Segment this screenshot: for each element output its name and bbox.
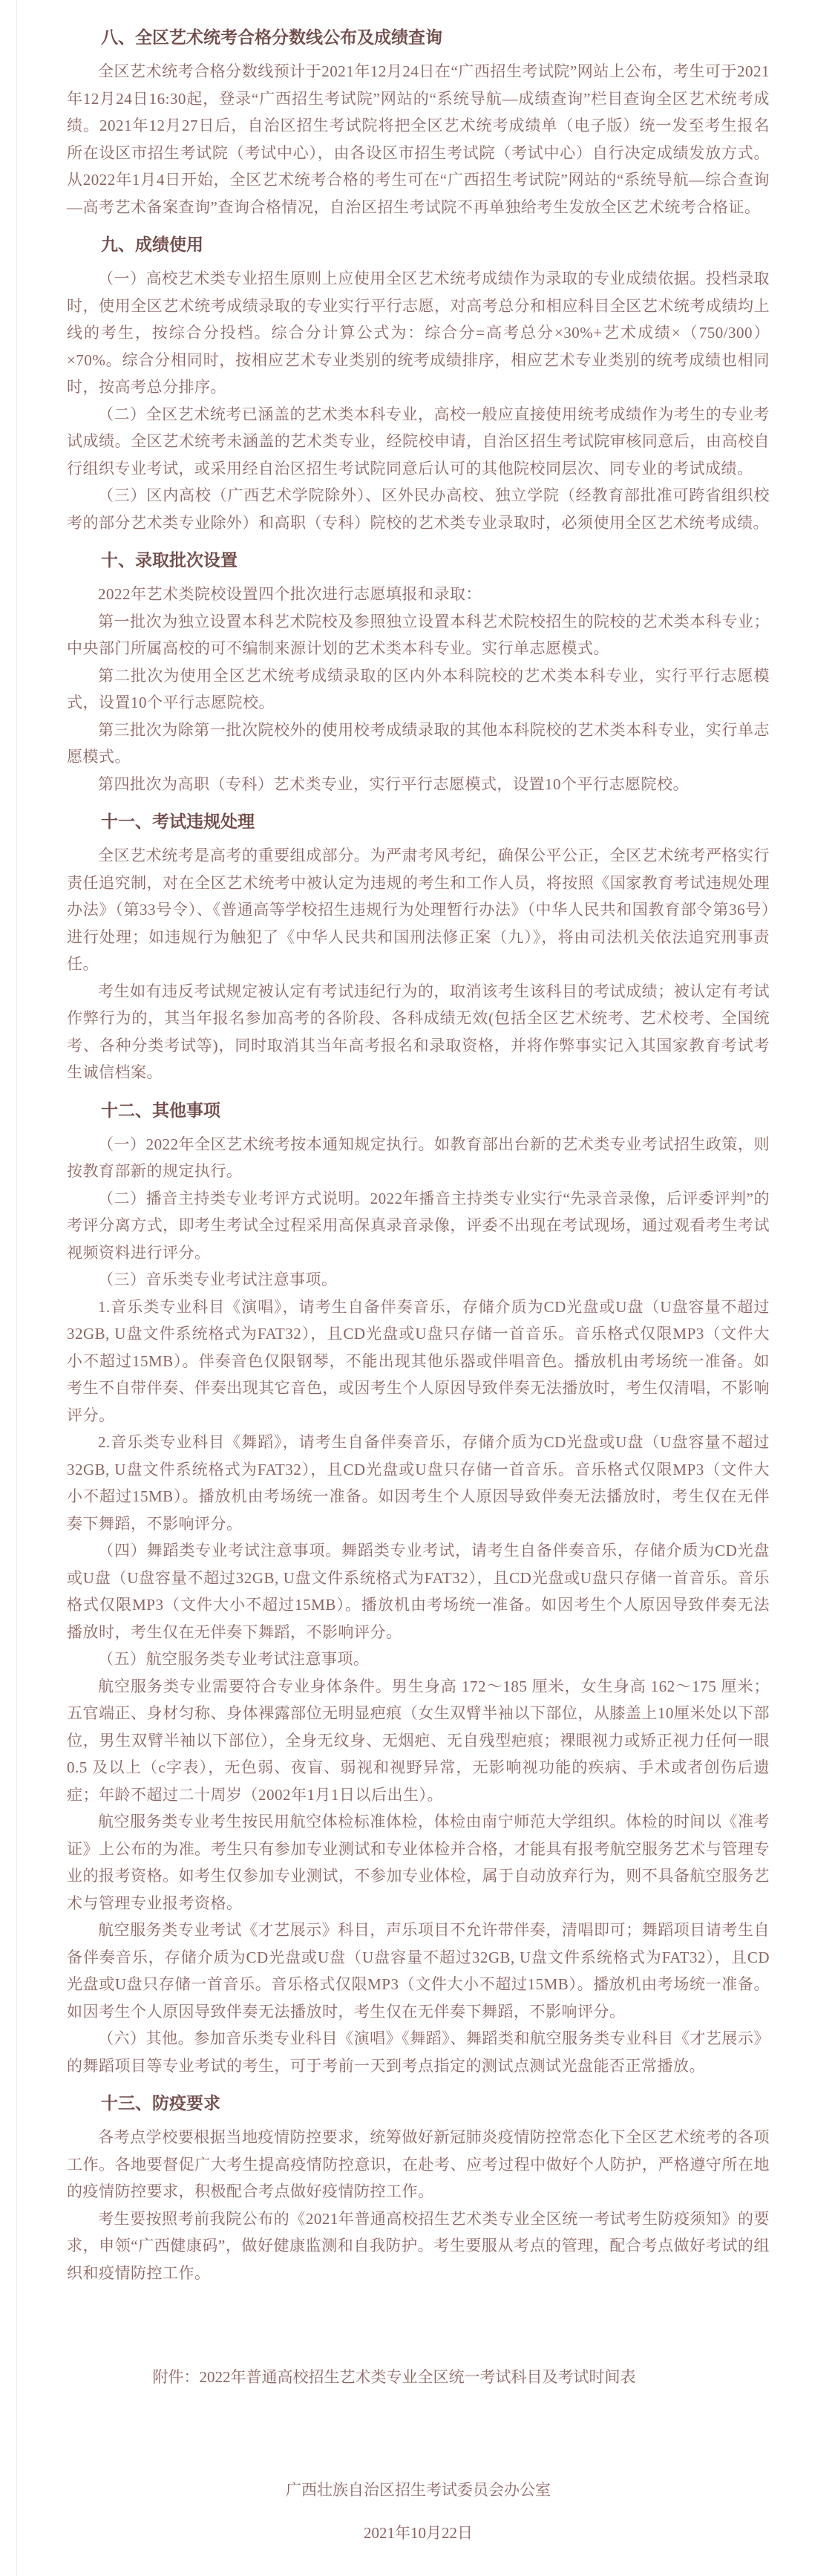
- paragraph: 全区艺术统考合格分数线预计于2021年12月24日在“广西招生考试院”网站上公布…: [67, 58, 770, 221]
- paragraph: 2022年艺术类院校设置四个批次进行志愿填报和录取：: [67, 581, 770, 608]
- paragraph: （二）播音主持类专业考评方式说明。2022年播音主持类专业实行“先录音录像，后评…: [67, 1185, 770, 1267]
- section-heading-12: 十二、其他事项: [67, 1097, 770, 1124]
- section-heading-11: 十一、考试违规处理: [67, 808, 770, 835]
- paragraph: 第一批次为独立设置本科艺术院校及参照独立设置本科艺术院校招生的院校的艺术类本科专…: [67, 608, 770, 662]
- paragraph: 全区艺术统考是高考的重要组成部分。为严肃考风考纪，确保公平公正，全区艺术统考严格…: [67, 842, 770, 978]
- paragraph: 第四批次为高职（专科）艺术类专业，实行平行志愿模式，设置10个平行志愿院校。: [67, 771, 770, 798]
- paragraph: 航空服务类专业需要符合专业身体条件。男生身高 172～185 厘米，女生身高 1…: [67, 1673, 770, 1809]
- paragraph: （一）2022年全区艺术统考按本通知规定执行。如教育部出台新的艺术类专业考试招生…: [67, 1131, 770, 1185]
- paragraph: 1.音乐类专业科目《演唱》，请考生自备伴奏音乐，存储介质为CD光盘或U盘（U盘容…: [67, 1294, 770, 1429]
- section-heading-13: 十三、防疫要求: [67, 2090, 770, 2116]
- paragraph: （三）区内高校（广西艺术学院除外）、区外民办高校、独立学院（经教育部批准可跨省组…: [67, 482, 770, 536]
- paragraph: 2.音乐类专业科目《舞蹈》，请考生自备伴奏音乐，存储介质为CD光盘或U盘（U盘容…: [67, 1429, 770, 1537]
- paragraph: （六）其他。参加音乐类专业科目《演唱》《舞蹈》、舞蹈类和航空服务类专业科目《才艺…: [67, 2025, 770, 2079]
- page-left-edge-divider: [16, 0, 17, 2576]
- paragraph: （二）全区艺术统考已涵盖的艺术类本科专业，高校一般应直接使用统考成绩作为考生的专…: [67, 401, 770, 483]
- section-heading-10: 十、录取批次设置: [67, 547, 770, 573]
- paragraph: 各考点学校要根据当地疫情防控要求，统筹做好新冠肺炎疫情防控常态化下全区艺术统考的…: [67, 2124, 770, 2205]
- section-heading-8: 八、全区艺术统考合格分数线公布及成绩查询: [67, 24, 770, 50]
- issuing-office-signature: 广西壮族自治区招生考试委员会办公室: [67, 2476, 770, 2503]
- paragraph: 考生要按照考前我院公布的《2021年普通高校招生艺术类专业全区统一考试考生防疫须…: [67, 2205, 770, 2287]
- paragraph: 航空服务类专业考试《才艺展示》科目，声乐项目不允许带伴奏，清唱即可；舞蹈项目请考…: [67, 1917, 770, 2025]
- paragraph: 考生如有违反考试规定被认定有考试违纪行为的，取消该考生该科目的考试成绩；被认定有…: [67, 978, 770, 1086]
- section-heading-9: 九、成绩使用: [67, 231, 770, 258]
- paragraph: 第二批次为使用全区艺术统考成绩录取的区内外本科院校的艺术类本科专业，实行平行志愿…: [67, 662, 770, 717]
- paragraph: （三）音乐类专业考试注意事项。: [67, 1266, 770, 1294]
- paragraph: （一）高校艺术类专业招生原则上应使用全区艺术统考成绩作为录取的专业成绩依据。投档…: [67, 265, 770, 401]
- paragraph: 航空服务类专业考生按民用航空体检标准体检，体检由南宁师范大学组织。体检的时间以《…: [67, 1808, 770, 1917]
- issue-date: 2021年10月22日: [67, 2520, 770, 2546]
- attachment-line: 附件：2022年普通高校招生艺术类专业全区统一考试科目及考试时间表: [67, 2364, 770, 2390]
- paragraph: 第三批次为除第一批次院校外的使用校考成绩录取的其他本科院校的艺术类本科专业，实行…: [67, 717, 770, 771]
- paragraph: （五）航空服务类专业考试注意事项。: [67, 1646, 770, 1673]
- paragraph: （四）舞蹈类专业考试注意事项。舞蹈类专业考试，请考生自备伴奏音乐，存储介质为CD…: [67, 1537, 770, 1646]
- notice-document-body: 八、全区艺术统考合格分数线公布及成绩查询 全区艺术统考合格分数线预计于2021年…: [0, 0, 835, 2576]
